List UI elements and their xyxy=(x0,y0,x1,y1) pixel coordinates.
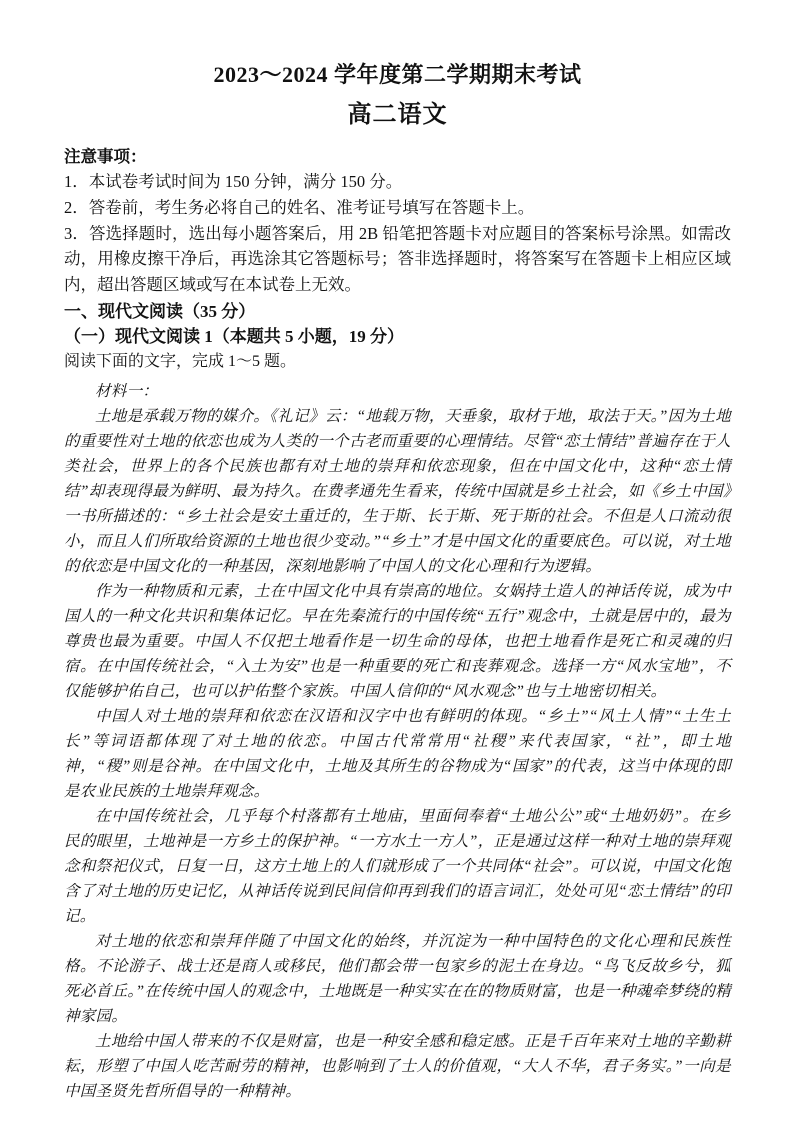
material-paragraph: 对土地的依恋和崇拜伴随了中国文化的始终，并沉淀为一种中国特色的文化心理和民族性格… xyxy=(64,929,731,1029)
notice-item-1: 1．本试卷考试时间为 150 分钟，满分 150 分。 xyxy=(64,169,731,195)
notice-item-2: 2．答卷前，考生务必将自己的姓名、准考证号填写在答题卡上。 xyxy=(64,195,731,221)
material-paragraph: 土地是承载万物的媒介。《礼记》云：“地载万物，天垂象，取材于地，取法于天。”因为… xyxy=(64,404,731,579)
material-paragraph: 作为一种物质和元素，土在中国文化中具有崇高的地位。女娲持土造人的神话传说，成为中… xyxy=(64,579,731,704)
material-one-label: 材料一： xyxy=(64,379,731,404)
exam-paper-page: 2023～2024 学年度第二学期期末考试 高二语文 注意事项： 1．本试卷考试… xyxy=(0,0,793,1122)
notice-list: 1．本试卷考试时间为 150 分钟，满分 150 分。 2．答卷前，考生务必将自… xyxy=(64,169,731,298)
material-paragraph: 中国人对土地的崇拜和依恋在汉语和汉字中也有鲜明的体现。“乡土”“风土人情”“土生… xyxy=(64,704,731,804)
notice-item-3: 3．答选择题时，选出每小题答案后，用 2B 铅笔把答题卡对应题目的答案标号涂黑。… xyxy=(64,221,731,298)
exam-subject: 高二语文 xyxy=(64,101,731,129)
reading-instruction: 阅读下面的文字，完成 1～5 题。 xyxy=(64,349,731,375)
material-one-body: 土地是承载万物的媒介。《礼记》云：“地载万物，天垂象，取材于地，取法于天。”因为… xyxy=(64,404,731,1104)
section-heading-modern-text-reading: 一、现代文阅读（35 分） xyxy=(64,299,731,324)
exam-title: 2023～2024 学年度第二学期期末考试 xyxy=(64,62,731,88)
material-paragraph: 土地给中国人带来的不仅是财富，也是一种安全感和稳定感。正是千百年来对土地的辛勤耕… xyxy=(64,1029,731,1104)
notice-heading: 注意事项： xyxy=(64,144,731,169)
subsection-heading-reading-1: （一）现代文阅读 1（本题共 5 小题，19 分） xyxy=(64,324,731,349)
material-paragraph: 在中国传统社会，几乎每个村落都有土地庙，里面伺奉着“土地公公”或“土地奶奶”。在… xyxy=(64,804,731,929)
